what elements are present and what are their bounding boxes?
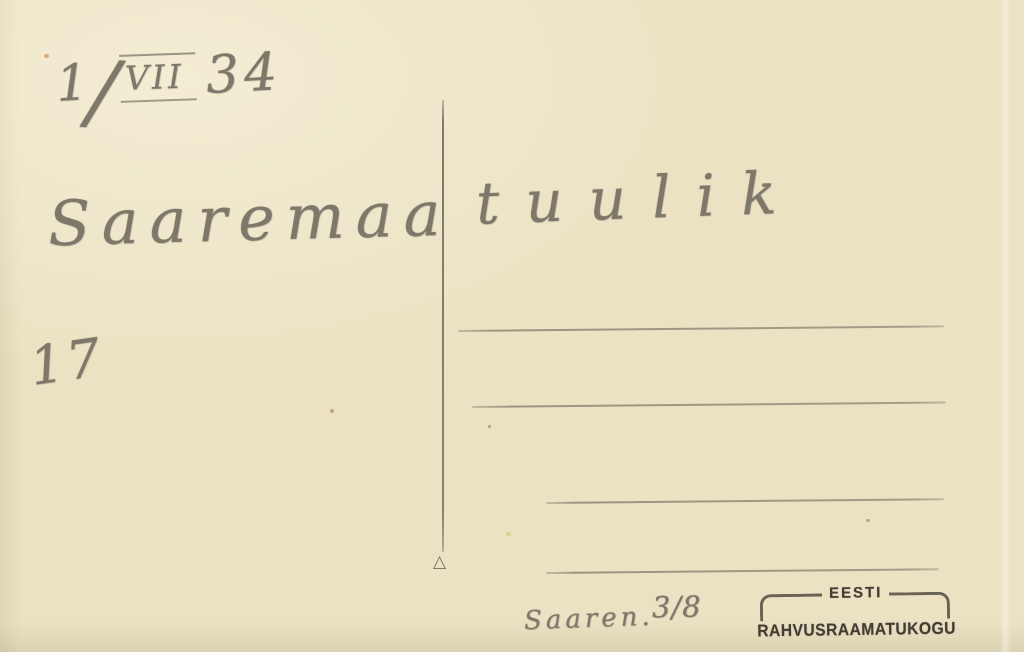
date-year: 34 — [204, 42, 283, 106]
triangle-mark-icon: △ — [433, 554, 446, 571]
address-line-4 — [546, 568, 939, 573]
paper-speck — [44, 54, 49, 58]
address-line-3 — [546, 498, 944, 503]
footer-note-annotation: Saaren. — [524, 602, 655, 637]
library-stamp: EESTI RAHVUSRAAMATUKOGU — [750, 579, 963, 646]
date-slash: / — [88, 91, 116, 93]
address-line-2 — [472, 401, 946, 407]
divider-line — [442, 100, 444, 552]
paper-speck — [506, 532, 511, 536]
address-line-1 — [458, 325, 944, 331]
paper-speck — [330, 409, 334, 413]
subject-annotation: tuulik — [475, 158, 803, 237]
date-day: 1 — [55, 53, 90, 113]
postcard-back: 1/VII34 Saaremaa tuulik 17 △ Saaren. 3/8… — [0, 0, 1024, 652]
paper-speck — [488, 425, 491, 428]
place-annotation: Saaremaa — [47, 177, 452, 261]
footer-fraction-annotation: 3/8 — [652, 590, 702, 625]
date-month-roman: VII — [119, 52, 197, 103]
date-annotation: 1/VII34 — [55, 42, 284, 114]
stamp-country-label: EESTI — [822, 584, 890, 602]
stamp-institution-label: RAHVUSRAAMATUKOGU — [757, 619, 956, 642]
paper-speck — [866, 519, 870, 522]
scan-edge-highlight — [1002, 0, 1009, 652]
number-annotation: 17 — [26, 327, 107, 398]
